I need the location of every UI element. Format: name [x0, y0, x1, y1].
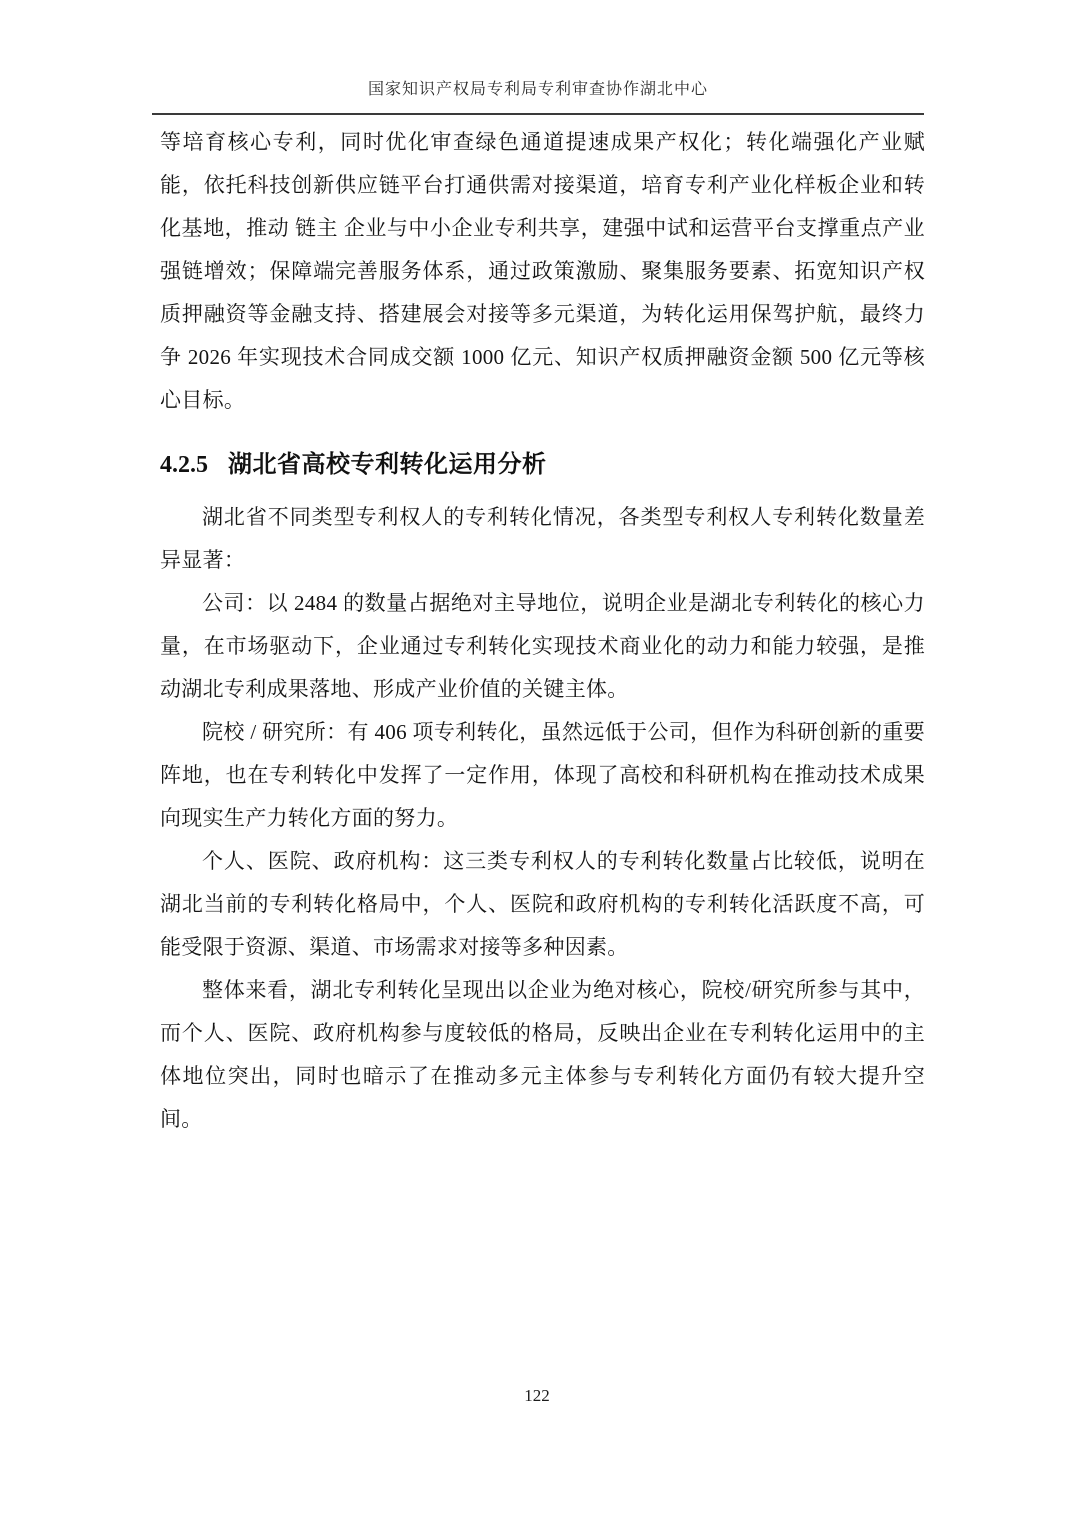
document-body: 等培育核心专利，同时优化审查绿色通道提速成果产权化；转化端强化产业赋能，依托科技… [160, 121, 925, 1141]
page-number: 122 [0, 1386, 1074, 1406]
paragraph-overview: 湖北省不同类型专利权人的专利转化情况，各类型专利权人专利转化数量差异显著： [160, 496, 925, 582]
paragraph-individual: 个人、医院、政府机构：这三类专利权人的专利转化数量占比较低，说明在湖北当前的专利… [160, 840, 925, 969]
document-page: 国家知识产权局专利局专利审查协作湖北中心 等培育核心专利，同时优化审查绿色通道提… [0, 0, 1074, 1520]
section-title: 湖北省高校专利转化运用分析 [228, 451, 547, 478]
paragraph-intro: 等培育核心专利，同时优化审查绿色通道提速成果产权化；转化端强化产业赋能，依托科技… [160, 121, 925, 422]
header-divider [152, 113, 924, 115]
paragraph-institute: 院校 / 研究所：有 406 项专利转化，虽然远低于公司，但作为科研创新的重要阵… [160, 711, 925, 840]
section-number: 4.2.5 [160, 452, 208, 478]
paragraph-summary: 整体来看，湖北专利转化呈现出以企业为绝对核心，院校/研究所参与其中，而个人、医院… [160, 969, 925, 1141]
section-heading: 4.2.5 湖北省高校专利转化运用分析 [160, 447, 925, 483]
page-header-title: 国家知识产权局专利局专利审查协作湖北中心 [152, 76, 924, 99]
paragraph-company: 公司：以 2484 的数量占据绝对主导地位，说明企业是湖北专利转化的核心力量，在… [160, 582, 925, 711]
